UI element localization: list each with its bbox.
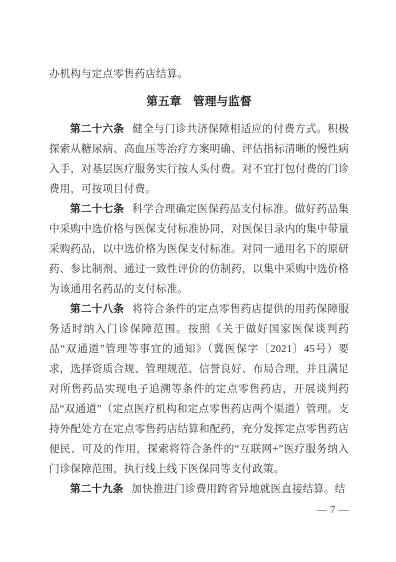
article-text: 将符合条件的定点零售药店提供的用药保障服务适时纳入门诊保障范围。按照《关于做好国… — [49, 304, 349, 475]
article-text: 科学合理确定医保药品支付标准。做好药品集中采购中选价格与医保支付标准协同，对医保… — [49, 204, 349, 295]
article-paragraph-26: 第二十六条健全与门诊共济保障相适应的付费方式。积极探索从糖尿病、高血压等治疗方案… — [49, 120, 349, 200]
article-text: 加快推进门诊费用跨省异地就医直接结算。结 — [132, 484, 346, 495]
page-number: — 7 — — [49, 501, 349, 521]
document-page: 办机构与定点零售药店结算。 第五章 管理与监督 第二十六条健全与门诊共济保障相适… — [0, 0, 396, 562]
chapter-heading: 第五章 管理与监督 — [49, 92, 349, 112]
article-number: 第二十八条 — [70, 304, 124, 315]
article-paragraph-27: 第二十七条科学合理确定医保药品支付标准。做好药品集中采购中选价格与医保支付标准协… — [49, 200, 349, 300]
article-paragraph-28: 第二十八条将符合条件的定点零售药店提供的用药保障服务适时纳入门诊保障范围。按照《… — [49, 300, 349, 480]
article-number: 第二十九条 — [70, 484, 124, 495]
article-number: 第二十六条 — [70, 124, 124, 135]
continuation-paragraph: 办机构与定点零售药店结算。 — [49, 65, 349, 85]
article-number: 第二十七条 — [70, 204, 124, 215]
article-paragraph-29: 第二十九条加快推进门诊费用跨省异地就医直接结算。结 — [49, 480, 349, 500]
